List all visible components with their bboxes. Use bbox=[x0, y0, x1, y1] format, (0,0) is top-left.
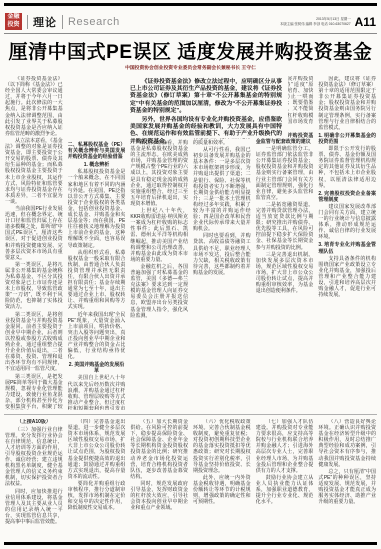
lower-article-body: （上接A10版）（三）加强行业自律管理。充分发挥行业协会在自律规范、信息统计、人… bbox=[5, 419, 376, 538]
body-paragraph: （六）优化税收政策环境。完善合伙制基金税收制度，避免重复征税；对投资初创期科技型… bbox=[193, 419, 251, 474]
body-paragraph: 美国自上世纪八十年代以来先后经历数次并购浪潮，并购基金通过杠杆收购、管理层收购等… bbox=[68, 375, 126, 410]
article-byline: 中国投资协会创业投资专业委员会常务副会长兼秘书长 王守仁 bbox=[0, 64, 381, 71]
body-paragraph: 鼓励行业协会建立从业人员执业能力认证体系，加强职业道德教育，提升全行业专业化、规… bbox=[256, 475, 314, 505]
body-paragraph: 一是明确监管分工。证券监管部门依法监管非公开募集证券投资基金；股权投资基金和并购… bbox=[256, 146, 314, 201]
newspaper-page: 金融投资 理论 Research 2013年5月13日 星期一 本版主编 张树伟… bbox=[0, 0, 381, 549]
body-paragraph: 第三类误区，是把发展PE简单等同于做大基金规模，忽视专业化管理能力建设，致使行业… bbox=[5, 374, 63, 411]
header-divider bbox=[27, 15, 28, 29]
body-paragraph: 当前我国PE行业发展迅速，但在概念界定、统计口径和监管归属上存在诸多模糊之处，即… bbox=[5, 206, 63, 261]
upper-column-6: 因此，建议将《证券投资基金法》（修订草案）第十章的适用范围限定于非公开募集证券投… bbox=[318, 76, 376, 410]
body-paragraph: 《证券投资基金法》（以下简称《基金法》）已经全国人大常委会审议通过，并将于今年六… bbox=[5, 76, 63, 137]
body-paragraph: （四）完善基金退出渠道。进一步健全多层次资本市场体系，规范发展区域性股权交易市场… bbox=[68, 419, 126, 480]
body-paragraph: 第二类误区，是将创业投资基金与并购投资基金混同。前者主要投资于创业早中期企业，后… bbox=[5, 312, 63, 373]
edition-line: 本版主编 张树伟 编辑 李剑 电话 010-63070627 bbox=[280, 22, 351, 27]
page-number: A11 bbox=[355, 15, 376, 29]
body-paragraph: （七）加强人才队伍建设。并购投资对专业能力要求很高，应支持高等院校与行业机构联合… bbox=[256, 419, 314, 474]
body-paragraph: 同时也要看到，并购贷款、高收益债等融资工具供给不足，职业经理人市场不发达，投后整… bbox=[193, 233, 251, 276]
body-paragraph: 上世纪八十年代，KKR收购雷诺兹·纳贝斯克一案成为杠杆收购的标志性事件；此后黑石… bbox=[130, 208, 188, 263]
pull-quote-paragraph: 另外，世界各国均设有专业化并购投资基金，应借鉴欧美国家发展并购基金的经验和教训，… bbox=[130, 117, 282, 146]
body-paragraph: 二是拓宽融资渠道。完善并购贷款管理办法，适当放宽贷款比例与期限；研究推出并购债券… bbox=[256, 202, 314, 251]
sub-heading: 2. 美国并购基金的发展沿革 bbox=[68, 362, 126, 374]
body-paragraph: 同时，规范发展政府引导基金，发挥财政资金的杠杆放大效应，引导社会资本投向创业早中… bbox=[130, 481, 188, 511]
body-paragraph: （八）营造良好舆论环境。正确认识并购投资基金在经济转型升级中的积极作用，及时总结… bbox=[318, 419, 376, 468]
upper-column-2: 二、私募股权基金（PE）有关概念辨析与美国发展并购投资基金的经验借鉴1. 概念辨… bbox=[68, 76, 126, 410]
masthead: 金融投资 理论 Research 2013年5月13日 星期一 本版主编 张树伟… bbox=[5, 11, 376, 32]
section-title-cn: 理论 bbox=[33, 14, 57, 30]
section-divider-rule bbox=[4, 414, 377, 415]
body-paragraph: 私募股权投资基金是一个舶来概念，在不同国家和地区有着不同的内涵与外延。在美国，P… bbox=[68, 169, 126, 248]
body-paragraph: 从可行性看，我国已初步具备发展并购基金的基本条件：一是多层次资本市场框架初步形成… bbox=[193, 147, 251, 232]
body-paragraph: 此外，应统一内外资基金税收待遇，明确基金份额转让等环节的计税规则，增强政策的确定… bbox=[193, 475, 251, 505]
bottom-border-rule bbox=[4, 542, 377, 545]
body-paragraph: 同时，应加快推进行业信用体系建设，将基金管理人及其主要从业人员的信用记录纳入统一… bbox=[5, 489, 63, 526]
section-heading: 1. 明确非公开募集基金的投资范围 bbox=[318, 133, 376, 145]
pull-quote: 《证券投资基金法》修改立法过程中，应明确区分从事已上市公司证券及其衍生产品投资的… bbox=[124, 76, 288, 138]
header-divider bbox=[62, 15, 63, 29]
lower-column-5: （七）加强人才队伍建设。并购投资对专业能力要求很高，应支持高等院校与行业机构联合… bbox=[256, 419, 314, 538]
body-paragraph: 近年来我国出现“全民PE”现象，大量资金涌入上市前项目，哄抬价格、突击入股等问题… bbox=[68, 312, 126, 361]
body-paragraph: 从立法本意看，《基金法》调整的对象是证券投资基金，即主要投资于公开交易的股票、债… bbox=[5, 138, 63, 205]
body-paragraph: 金融危机之后，各国普遍加强了对私募基金的监管，美国《多德—弗兰克法案》要求达到一… bbox=[130, 264, 188, 319]
section-title-en: Research bbox=[68, 16, 120, 28]
upper-article-body: 《证券投资基金法》修改立法过程中，应明确区分从事已上市公司证券及其衍生产品投资的… bbox=[5, 76, 376, 410]
body-paragraph: 支持具备条件的机构围绕国家产业政策设立专业化并购基金，加强投后管理和产业整合能力… bbox=[318, 256, 376, 299]
body-paragraph: 即限于公开发行的股票、债券、基金份额及国务院证券监督管理机构规定的其他证券及其衍… bbox=[318, 146, 376, 189]
lower-column-6: （八）营造良好舆论环境。正确认识并购投资基金在经济转型升级中的积极作用，及时总结… bbox=[318, 419, 376, 538]
top-border-rule bbox=[4, 3, 377, 6]
header-rule bbox=[4, 33, 377, 34]
body-paragraph: 要简化并购重组行政审核程序，推行分道制审核，发挥市场机制在定价和交易中的决定性作… bbox=[68, 481, 126, 511]
body-paragraph: 从组织形式看，私募股权基金一般采取有限合伙制，由普通合伙人负责投资管理并承担无限… bbox=[68, 250, 126, 311]
masthead-right: 2013年5月13日 星期一 本版主编 张树伟 编辑 李剑 电话 010-630… bbox=[280, 15, 376, 29]
section-heading: 2. 完善股权投资企业备案管理制度 bbox=[318, 191, 376, 203]
body-paragraph: 第一类误区，是将凡属非公开募集的基金统称为私募基金，不区分其投资对象是已上市证券… bbox=[5, 262, 63, 311]
body-paragraph: 总之，只有厘清“中国式PE”的种种误区，坚持适度发展、规范发展，并购投资基金才能… bbox=[318, 469, 376, 506]
lower-column-2: （四）完善基金退出渠道。进一步健全多层次资本市场体系，规范发展区域性股权交易市场… bbox=[68, 419, 126, 538]
pull-quote-paragraph: 《证券投资基金法》修改立法过程中，应明确区分从事已上市公司证券及其衍生产品投资的… bbox=[130, 79, 282, 115]
body-paragraph: （五）加大长期资金供给。在风险可控的前提下，稳步提高保险资金、社会保障基金、企业… bbox=[130, 419, 188, 480]
edition-meta: 2013年5月13日 星期一 本版主编 张树伟 编辑 李剑 电话 010-630… bbox=[280, 17, 351, 26]
article-headline: 厘清中国式PE误区 适度发展并购投资基金 bbox=[0, 37, 381, 64]
body-paragraph: 建议国家发展改革部门会同有关方面，建立统一的行业统计与信息披露体系，推动形成规范… bbox=[318, 204, 376, 241]
continuation-notice: （上接A10版） bbox=[5, 419, 63, 425]
seal-text: 金融投资 bbox=[7, 14, 20, 29]
lower-column-3: （五）加大长期资金供给。在风险可控的前提下，稳步提高保险资金、社会保障基金、企业… bbox=[130, 419, 188, 538]
body-paragraph: 三是完善退出机制。加快发展多层次资本市场，规范区域性股权交易市场，扩大非上市公众… bbox=[256, 252, 314, 295]
body-paragraph: 从国际经验看，并购基金是私募股权投资基金的主流形态。在欧美成熟市场，并购基金管理… bbox=[130, 140, 188, 207]
lower-column-1: （上接A10版）（三）加强行业自律管理。充分发挥行业协会在自律规范、信息统计、人… bbox=[5, 419, 63, 538]
lower-column-4: （六）优化税收政策环境。完善合伙制基金税收制度，避免重复征税；对投资初创期科技型… bbox=[193, 419, 251, 538]
newspaper-seal-icon: 金融投资 bbox=[5, 13, 22, 30]
body-paragraph: （三）加强行业自律管理。充分发挥行业协会在自律规范、信息统计、人才培训等方面的作… bbox=[5, 427, 63, 488]
section-heading: 二、私募股权基金（PE）有关概念辨析与美国发展并购投资基金的经验借鉴 bbox=[68, 142, 126, 160]
upper-column-1: 《证券投资基金法》（以下简称《基金法》）已经全国人大常委会审议通过，并将于今年六… bbox=[5, 76, 63, 410]
body-paragraph: 因此，建议将《证券投资基金法》（修订草案）第十章的适用范围限定于非公开募集证券投… bbox=[318, 76, 376, 131]
sub-heading: 1. 概念辨析 bbox=[68, 162, 126, 168]
section-heading: 3. 培育专业化并购基金管理队伍 bbox=[318, 242, 376, 254]
